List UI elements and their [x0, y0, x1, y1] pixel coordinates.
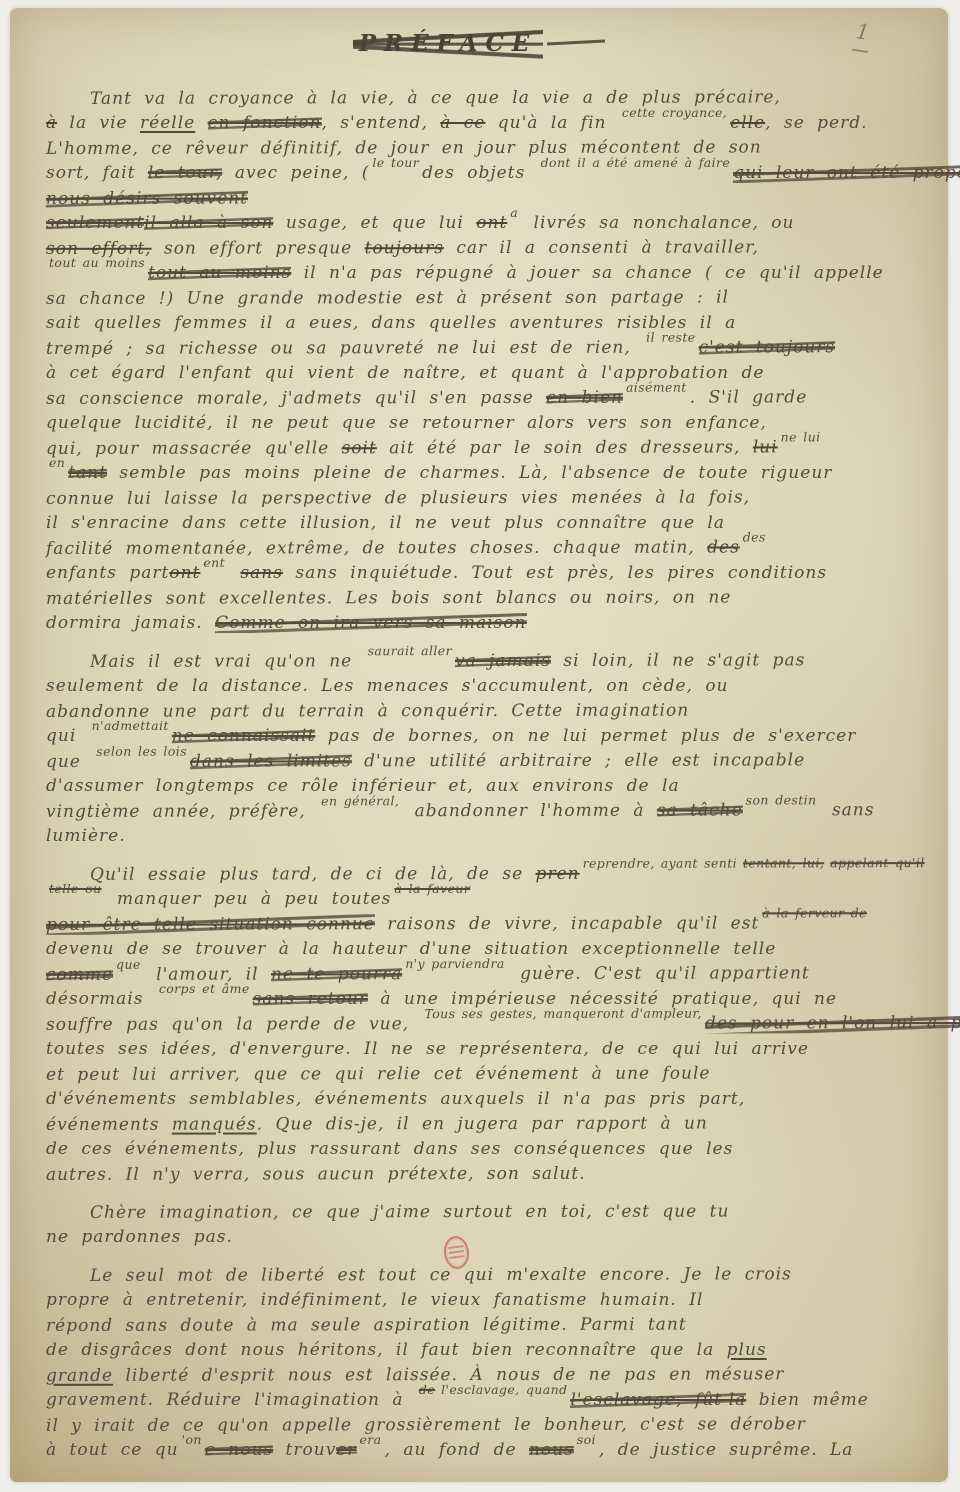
- handwritten-text: Mais il est vrai qu'on ne: [90, 651, 365, 672]
- struck-text: ont: [169, 563, 200, 583]
- scribbled-out-text: Comme on ira vers sa maison: [215, 613, 526, 633]
- inserted-text: n'y parviendra: [405, 951, 505, 976]
- handwritten-text: manquer peu à peu toutes: [105, 889, 392, 909]
- handwritten-text: , se perd.: [765, 113, 867, 133]
- handwritten-text: abandonner l'homme à: [402, 801, 657, 822]
- handwritten-text: , de justice suprême. La: [599, 1440, 854, 1460]
- handwritten-text: [228, 563, 240, 583]
- handwritten-text: Le seul mot de liberté est tout ce qui m…: [90, 1264, 792, 1285]
- manuscript-line: il y irait de ce qu'on appelle grossière…: [46, 1412, 924, 1439]
- handwritten-text: semble pas moins pleine de charmes. Là, …: [107, 463, 832, 483]
- underlined-text: plus: [727, 1340, 767, 1360]
- scribbled-out-text: c'est toujours: [699, 337, 836, 357]
- manuscript-line: dormira jamais. Comme on ira vers sa mai…: [46, 611, 924, 636]
- manuscript-line: trempé ; sa richesse ou sa pauvreté ne l…: [46, 335, 924, 362]
- scribbled-out-text: er: [336, 1440, 356, 1460]
- manuscript-line: entant semble pas moins pleine de charme…: [46, 461, 924, 486]
- manuscript-line: Tant va la croyance à la vie, à ce que l…: [46, 85, 924, 112]
- manuscript-line: Chère imagination, ce que j'aime surtout…: [46, 1199, 924, 1226]
- handwritten-text: lumière.: [46, 826, 126, 846]
- scribbled-out-text: ne te pourra: [271, 964, 402, 984]
- manuscript-line: que selon les loisdans les limites d'une…: [46, 748, 924, 775]
- inserted-text: aisément: [626, 375, 687, 400]
- handwritten-text: gravement. Réduire l'imagination à: [46, 1390, 416, 1410]
- handwritten-text: autres. Il n'y verra, sous aucun prétext…: [46, 1164, 586, 1185]
- manuscript-line: toutes ses idées, d'envergure. Il ne se …: [46, 1037, 924, 1062]
- handwritten-text: il s'enracine dans cette illusion, il ne…: [46, 513, 725, 533]
- struck-inserted-text: tentant, lui,: [743, 850, 824, 875]
- struck-inserted-text: telle ou: [49, 876, 102, 901]
- inserted-text: il reste: [646, 325, 695, 350]
- manuscript-line: de ces événements, plus rassurant dans s…: [46, 1137, 924, 1162]
- manuscript-line: Qu'il essaie plus tard, de ci de là, de …: [46, 861, 924, 888]
- scribbled-out-text: comme: [46, 965, 113, 985]
- manuscript-line: ne pardonnes pas.: [46, 1225, 924, 1250]
- paragraph: Le seul mot de liberté est tout ce qui m…: [46, 1263, 924, 1463]
- scribbled-out-text: sans retour: [253, 989, 368, 1009]
- handwritten-text: répond sans doute à ma seule aspiration …: [46, 1315, 687, 1336]
- manuscript-line: abandonne une part du terrain à conquéri…: [46, 698, 924, 725]
- handwritten-text: quelque lucidité, il ne peut que se reto…: [46, 413, 767, 433]
- manuscript-line: connue lui laisse la perspective de plus…: [46, 485, 924, 512]
- struck-text: lui: [753, 437, 778, 457]
- handwritten-text: ne pardonnes pas.: [46, 1227, 233, 1247]
- manuscript-line: qui, pour massacrée qu'elle soit ait été…: [46, 435, 924, 462]
- page-number-value: 1: [854, 19, 871, 45]
- manuscript-line: événements manqués. Que dis-je, il en ju…: [46, 1111, 924, 1138]
- handwritten-text: avec peine, (: [222, 163, 369, 183]
- handwritten-text: la vie: [57, 113, 140, 133]
- struck-text: à ce: [440, 113, 485, 133]
- handwritten-text: trouv: [273, 1440, 336, 1460]
- struck-text: soit: [342, 438, 377, 458]
- handwritten-text: de ces événements, plus rassurant dans s…: [46, 1139, 733, 1159]
- manuscript-line: seulementil alla à son usage, et que lui…: [46, 211, 924, 236]
- handwritten-text: que: [46, 752, 93, 772]
- inserted-text: soi: [577, 1427, 596, 1452]
- handwritten-text: sa conscience morale, j'admets qu'il s'e…: [46, 388, 546, 409]
- underlined-text: réelle: [140, 113, 195, 133]
- manuscript-line: matérielles sont excellentes. Les bois s…: [46, 585, 924, 612]
- handwritten-text: qu'à la fin: [485, 113, 619, 133]
- handwritten-text: dormira jamais.: [46, 613, 215, 633]
- handwritten-text: à tout ce qu: [46, 1440, 179, 1460]
- manuscript-line: autres. Il n'y verra, sous aucun prétext…: [46, 1161, 924, 1188]
- manuscript-line: d'événements semblables, événements auxq…: [46, 1087, 924, 1112]
- scribbled-out-text: ne connaissait: [172, 726, 316, 746]
- title-row: PRÉFACE: [10, 28, 948, 59]
- manuscript-line: sait quelles femmes il a eues, dans quel…: [46, 311, 924, 336]
- inserted-text: des: [743, 524, 766, 549]
- scribbled-out-text: en bien: [546, 388, 623, 408]
- handwritten-text: enfants part: [46, 563, 169, 583]
- handwritten-text: qui: [46, 726, 89, 746]
- strike-mark: [547, 39, 605, 45]
- paragraph: Mais il est vrai qu'on ne saurait allerv…: [46, 649, 924, 849]
- handwritten-text: raisons de vivre, incapable qu'il est: [375, 913, 759, 934]
- manuscript-line: sa chance !) Une grande modestie est à p…: [46, 285, 924, 312]
- struck-inserted-text: appelant qu'il: [830, 850, 924, 875]
- inserted-text: son destin: [746, 787, 817, 812]
- underlined-text: manqués: [172, 1114, 257, 1134]
- manuscript-line: sa conscience morale, j'admets qu'il s'e…: [46, 385, 924, 412]
- struck-text: elle: [730, 113, 765, 133]
- handwritten-text: [195, 113, 207, 133]
- underlined-text: grande: [46, 1366, 113, 1386]
- scribbled-out-text: qui leur ont été proposés,: [733, 163, 960, 183]
- manuscript-line: sort, fait le tour, avec peine, (le tour…: [46, 161, 924, 186]
- handwritten-text: événements: [46, 1115, 172, 1135]
- handwritten-text: . Que dis-je, il en jugera par rapport à…: [257, 1114, 708, 1135]
- manuscript-line: seulement de la distance. Les menaces s'…: [46, 674, 924, 699]
- manuscript-line: répond sans doute à ma seule aspiration …: [46, 1312, 924, 1339]
- manuscript-line: tout au moinstout au moins il n'a pas ré…: [46, 261, 924, 286]
- manuscript-line: propre à entretenir, indéfiniment, le vi…: [46, 1288, 924, 1313]
- inserted-text: reprendre,: [583, 851, 655, 876]
- handwritten-text: connue lui laisse la perspective de plus…: [46, 487, 750, 508]
- manuscript-line: L'homme, ce rêveur définitif, de jour en…: [46, 135, 924, 162]
- handwritten-text: seulement de la distance. Les menaces s'…: [46, 676, 729, 696]
- manuscript-line: de disgrâces dont nous héritons, il faut…: [46, 1338, 924, 1363]
- manuscript-line: vingtième année, préfère, en général, ab…: [46, 798, 924, 825]
- page-title-struck-out: PRÉFACE: [353, 28, 544, 59]
- inserted-text: n'admettait: [92, 713, 169, 738]
- scribbled-out-text: il alla à son: [144, 213, 273, 233]
- scribbled-out-text: seulement: [46, 213, 144, 233]
- handwritten-text: son effort presque: [152, 238, 365, 258]
- manuscript-line: pour être telle situation connue raisons…: [46, 911, 924, 938]
- handwritten-text: il y irait de ce qu'on appelle grossière…: [46, 1414, 806, 1436]
- scribbled-out-text: sa tâche: [657, 800, 743, 820]
- handwritten-text: car il a consenti à travailler,: [444, 237, 759, 258]
- manuscript-line: lumière.: [46, 824, 924, 849]
- struck-text: à: [46, 113, 57, 133]
- inserted-text: 'on: [182, 1427, 202, 1452]
- handwritten-text: bien même: [746, 1390, 869, 1410]
- manuscript-line: il s'enracine dans cette illusion, il ne…: [46, 511, 924, 536]
- inserted-text: en: [49, 450, 65, 475]
- struck-inserted-text: à la faveur: [394, 876, 470, 901]
- scribbled-out-text: tant: [68, 463, 107, 483]
- inserted-text: dont il a été amené à faire: [541, 150, 731, 175]
- handwritten-text: souffre pas qu'on la perde de vue,: [46, 1014, 422, 1035]
- handwritten-text: usage, et que lui: [273, 213, 476, 233]
- handwritten-text: ait été par le soin des dresseurs,: [377, 437, 753, 458]
- handwritten-text: trempé ; sa richesse ou sa pauvreté ne l…: [46, 338, 643, 359]
- manuscript-line: son effort, son effort presque toujours …: [46, 235, 924, 262]
- handwritten-text: guère. C'est qu'il appartient: [508, 963, 810, 984]
- handwritten-text: . S'il garde: [690, 387, 808, 407]
- struck-text: toujours: [365, 238, 444, 258]
- handwritten-text: et peut lui arriver, que ce qui relie ce…: [46, 1064, 711, 1085]
- manuscript-line: à tout ce qu'one nous trouverera, au fon…: [46, 1438, 924, 1463]
- inserted-text: a: [510, 200, 518, 225]
- paper-sheet: PRÉFACE 1 Tant va la croyance à la vie, …: [10, 8, 948, 1482]
- handwritten-text: d'une utilité arbitraire ; elle est inca…: [352, 750, 805, 771]
- handwritten-text: toutes ses idées, d'envergure. Il ne se …: [46, 1039, 809, 1059]
- inserted-text: saurait aller: [368, 638, 452, 663]
- scribbled-out-text: nous désirs souvent: [46, 188, 248, 208]
- struck-inserted-text: à la ferveur de: [762, 900, 867, 925]
- handwritten-text: désormais: [46, 989, 156, 1009]
- manuscript-line: enfants partontent sans sans inquiétude.…: [46, 561, 924, 586]
- inserted-text: que: [116, 952, 141, 977]
- handwritten-text: des objets: [422, 163, 537, 183]
- struck-inserted-text: de: [419, 1377, 435, 1402]
- scribbled-out-text: tout au moins: [148, 263, 291, 283]
- scribbled-out-text: en fonction: [208, 113, 322, 133]
- scribbled-out-text: dans les limites: [190, 751, 352, 771]
- handwritten-text: , au fond de: [385, 1440, 529, 1460]
- struck-text: des: [707, 537, 740, 557]
- struck-text: pren: [536, 864, 580, 884]
- handwritten-text: d'événements semblables, événements auxq…: [46, 1089, 745, 1109]
- paragraph: Tant va la croyance à la vie, à ce que l…: [46, 86, 924, 636]
- scribbled-out-text: va jamais: [455, 651, 551, 671]
- handwritten-text: propre à entretenir, indéfiniment, le vi…: [46, 1290, 703, 1310]
- paragraph: Chère imagination, ce que j'aime surtout…: [46, 1200, 924, 1250]
- handwritten-text: pas de bornes, on ne lui permet plus de …: [315, 726, 856, 746]
- handwritten-text: livrés sa nonchalance, ou: [521, 213, 794, 233]
- paragraph: Qu'il essaie plus tard, de ci de là, de …: [46, 862, 924, 1187]
- handwritten-text: sans: [820, 800, 875, 820]
- manuscript-line: gravement. Réduire l'imagination à del'e…: [46, 1388, 924, 1413]
- scribbled-out-text: pour être telle situation connue: [46, 914, 375, 935]
- inserted-text: l'esclavage, quand: [441, 1377, 567, 1402]
- manuscript-line: à cet égard l'enfant qui vient de naître…: [46, 361, 924, 386]
- manuscript-body: Tant va la croyance à la vie, à ce que l…: [46, 86, 924, 1463]
- handwritten-text: Chère imagination, ce que j'aime surtout…: [90, 1201, 729, 1222]
- inserted-text: era: [360, 1427, 382, 1452]
- handwritten-text: facilité momentanée, extrême, de toutes …: [46, 538, 707, 559]
- handwritten-text: matérielles sont excellentes. Les bois s…: [46, 587, 731, 608]
- manuscript-line: Mais il est vrai qu'on ne saurait allerv…: [46, 648, 924, 675]
- inserted-text: tout au moins: [49, 250, 145, 275]
- inserted-text: ent: [203, 550, 225, 575]
- scribbled-out-text: l'esclavage, fût-la: [570, 1390, 746, 1410]
- manuscript-line: facilité momentanée, extrême, de toutes …: [46, 535, 924, 562]
- handwritten-text: sans inquiétude. Tout est près, les pire…: [283, 563, 827, 583]
- handwritten-text: il n'a pas répugné à jouer sa chance ( c…: [291, 263, 883, 283]
- manuscript-line: à la vie réelle en fonction, s'entend, à…: [46, 111, 924, 136]
- handwritten-text: qui, pour massacrée qu'elle: [46, 438, 342, 459]
- handwritten-text: sait quelles femmes il a eues, dans quel…: [46, 313, 736, 333]
- inserted-text: en général,: [321, 788, 399, 813]
- inserted-text: le tour: [372, 150, 419, 175]
- inserted-text: ne lui: [781, 424, 821, 449]
- inserted-text: cette croyance,: [622, 100, 727, 125]
- scribbled-out-text: le tour,: [148, 163, 223, 183]
- handwritten-text: vingtième année, préfère,: [46, 801, 318, 822]
- handwritten-text: , s'entend,: [322, 113, 441, 133]
- scribbled-out-text: e nous: [205, 1440, 273, 1460]
- manuscript-line: souffre pas qu'on la perde de vue, Tous …: [46, 1011, 924, 1038]
- inserted-text: corps et âme: [159, 976, 250, 1001]
- scribbled-out-text: nous: [529, 1440, 574, 1460]
- handwritten-text: de disgrâces dont nous héritons, il faut…: [46, 1340, 727, 1360]
- manuscript-line: et peut lui arriver, que ce qui relie ce…: [46, 1061, 924, 1088]
- handwritten-text: sort, fait: [46, 163, 148, 183]
- handwritten-text: sa chance !) Une grande modestie est à p…: [46, 287, 729, 308]
- struck-text: sans: [240, 563, 283, 583]
- inserted-text: Tous ses gestes, manqueront d'ampleur,: [424, 1001, 702, 1027]
- inserted-text: ayant senti: [661, 850, 737, 875]
- handwritten-text: si loin, il ne s'agit pas: [551, 650, 805, 671]
- manuscript-line: nous désirs souvent: [46, 185, 924, 212]
- manuscript-line: Le seul mot de liberté est tout ce qui m…: [46, 1262, 924, 1289]
- scribbled-out-text: des pour en l'on lui a pris conscience: [705, 1013, 960, 1034]
- inserted-text: selon les lois: [96, 739, 187, 764]
- struck-text: ont: [476, 213, 507, 233]
